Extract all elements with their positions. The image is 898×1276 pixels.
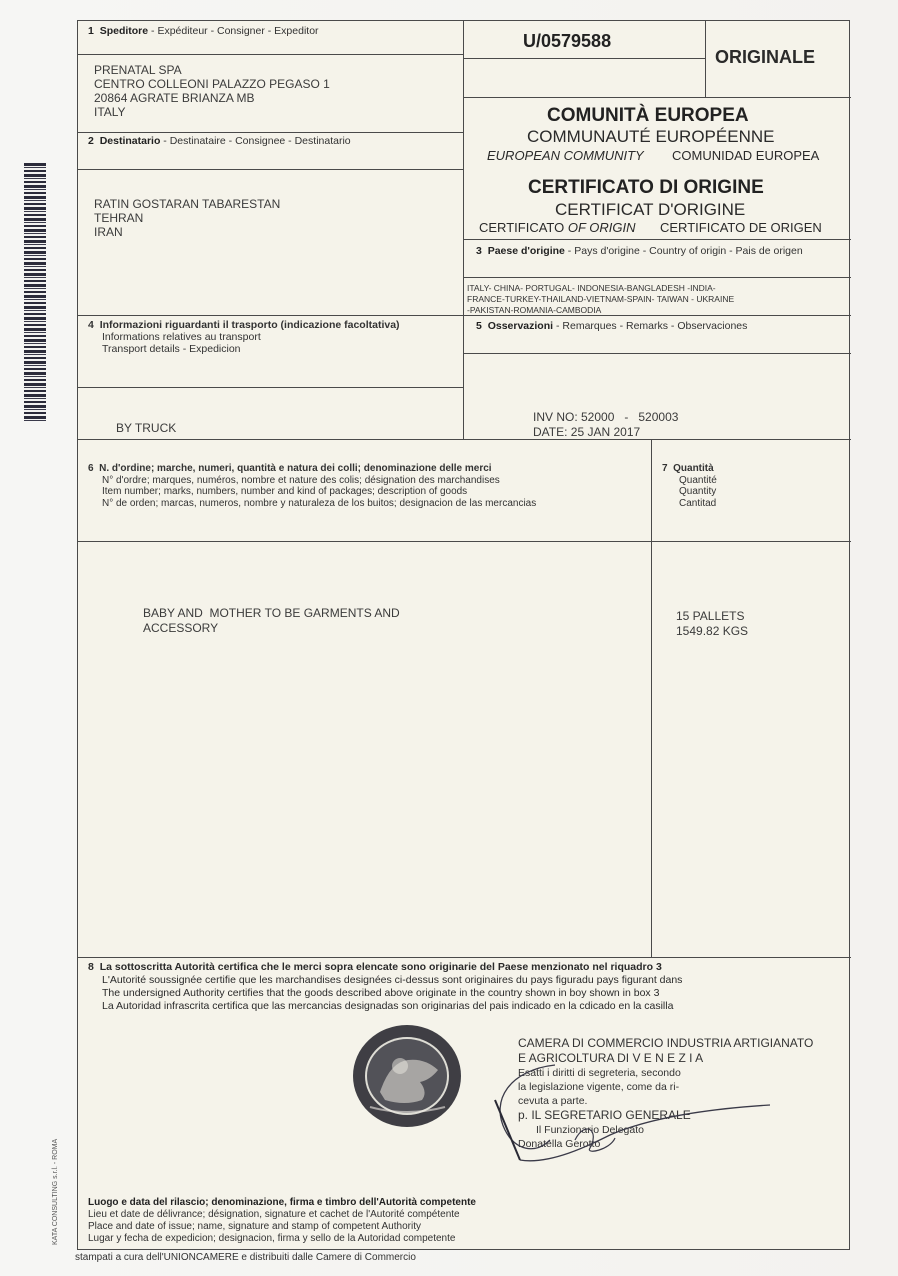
consigner-name: PRENATAL SPA — [94, 63, 182, 77]
community-title-en: EUROPEAN COMMUNITY — [487, 148, 644, 163]
box7-label: 7 Quantità Quantité Quantity Cantitad — [662, 463, 717, 509]
consignee-name: RATIN GOSTARAN TABARESTAN — [94, 197, 280, 211]
consignee-country: IRAN — [94, 225, 123, 239]
box1-label: 1 Speditore - Expéditeur - Consigner - E… — [88, 25, 319, 37]
issue-place-date-label: Luogo e data del rilascio; denominazione… — [88, 1197, 476, 1245]
quantity-packages: 15 PALLETS — [676, 609, 744, 623]
printer-imprint: KATA CONSULTING s.r.l. - ROMA — [52, 1139, 59, 1245]
goods-description-line1: BABY AND MOTHER TO BE GARMENTS AND — [143, 606, 400, 620]
consigner-city: 20864 AGRATE BRIANZA MB — [94, 91, 255, 105]
certificate-title-es: CERTIFICATO DE ORIGEN — [660, 220, 822, 235]
venice-lion-seal-icon — [350, 1022, 464, 1130]
box3-label: 3 Paese d'origine - Pays d'origine - Cou… — [476, 245, 803, 257]
countries-of-origin: ITALY- CHINA- PORTUGAL- INDONESIA-BANGLA… — [467, 283, 734, 316]
quantity-weight: 1549.82 KGS — [676, 624, 748, 638]
box2-label: 2 Destinatario - Destinataire - Consigne… — [88, 135, 351, 147]
copy-type-label: ORIGINALE — [715, 47, 815, 68]
invoice-number: INV NO: 52000 - 520003 — [533, 410, 678, 424]
certificate-title-fr: CERTIFICAT D'ORIGINE — [555, 200, 745, 220]
consignee-city: TEHRAN — [94, 211, 143, 225]
footer-note: stampati a cura dell'UNIONCAMERE e distr… — [75, 1252, 416, 1263]
transport-mode: BY TRUCK — [116, 421, 176, 435]
barcode — [24, 163, 46, 421]
community-title-fr: COMMUNAUTÉ EUROPÉENNE — [527, 127, 774, 147]
consigner-country: ITALY — [94, 105, 126, 119]
community-title-it: COMUNITÀ EUROPEA — [547, 105, 749, 127]
certificate-title-it: CERTIFICATO DI ORIGINE — [528, 177, 764, 199]
box6-label: 6 N. d'ordine; marche, numeri, quantità … — [88, 463, 536, 509]
box4-label: 4 Informazioni riguardanti il trasporto … — [88, 319, 400, 355]
consigner-address: CENTRO COLLEONI PALAZZO PEGASO 1 — [94, 77, 330, 91]
box5-label: 5 Osservazioni - Remarques - Remarks - O… — [476, 320, 747, 332]
serial-number: U/0579588 — [523, 31, 611, 52]
certificate-title-en: CERTIFICATO OF ORIGIN — [479, 220, 636, 235]
community-title-es: COMUNIDAD EUROPEA — [672, 148, 819, 163]
signature — [490, 1060, 790, 1170]
goods-description-line2: ACCESSORY — [143, 621, 218, 635]
invoice-date: DATE: 25 JAN 2017 — [533, 425, 640, 439]
box8-certification-text: 8 La sottoscritta Autorità certifica che… — [88, 961, 682, 1013]
